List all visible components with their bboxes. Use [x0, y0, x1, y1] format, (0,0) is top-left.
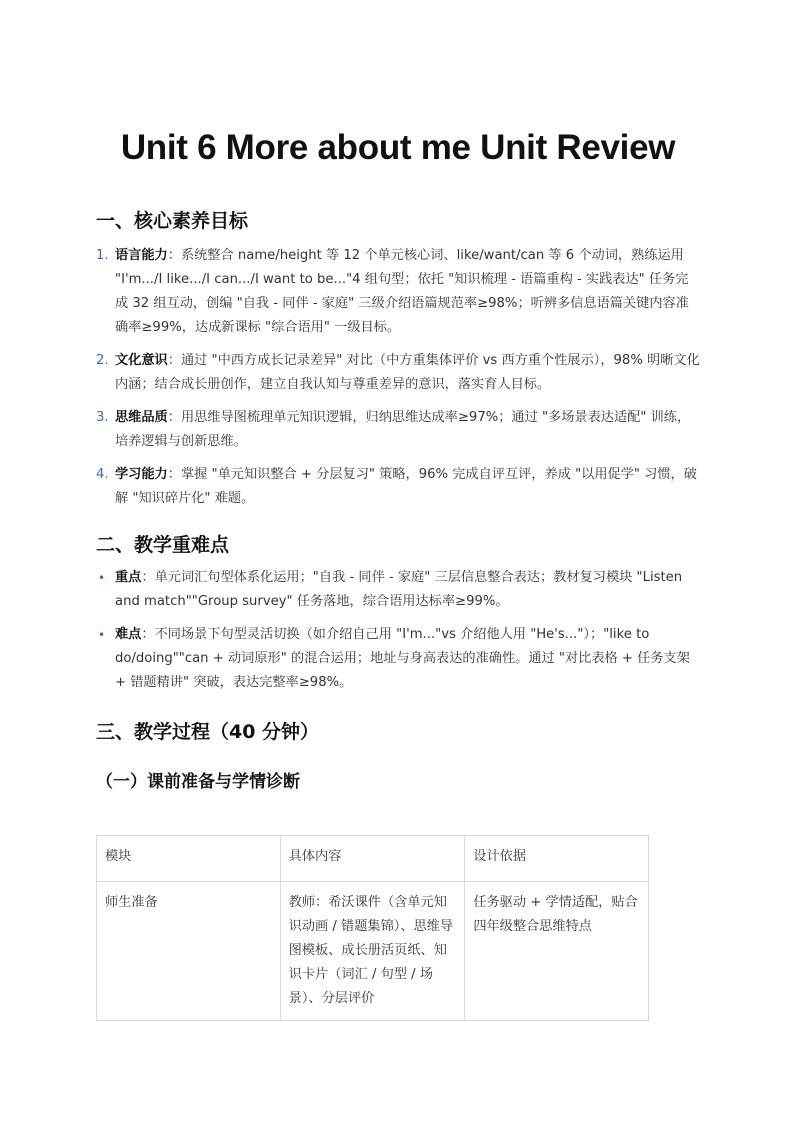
table-header-cell: 设计依据 [465, 836, 649, 882]
table-header-row: 模块 具体内容 设计依据 [97, 836, 649, 882]
item-label: 重点 [115, 570, 141, 585]
table-header-cell: 具体内容 [280, 836, 465, 882]
label-separator: ： [168, 467, 181, 482]
core-goals-list: 1. 语言能力：系统整合 name/height 等 12 个单元核心词、lik… [96, 244, 700, 520]
bullet-icon: • [98, 623, 105, 647]
subsection-heading-preparation: （一）课前准备与学情诊断 [96, 767, 300, 792]
item-text: 通过 "中西方成长记录差异" 对比（中方重集体评价 vs 西方重个性展示），98… [115, 353, 700, 392]
list-item: 3. 思维品质：用思维导图梳理单元知识逻辑，归纳思维达成率≥97%；通过 "多场… [96, 406, 700, 454]
preparation-table: 模块 具体内容 设计依据 师生准备 教师：希沃课件（含单元知识动画 / 错题集锦… [96, 835, 649, 1021]
item-label: 语言能力 [115, 248, 168, 263]
list-item: • 难点：不同场景下句型灵活切换（如介绍自己用 "I'm..."vs 介绍他人用… [96, 623, 700, 695]
label-separator: ： [141, 570, 154, 585]
document-title: Unit 6 More about me Unit Review [96, 128, 700, 168]
list-number: 1. [96, 244, 109, 268]
section-heading-core-goals: 一、核心素养目标 [96, 206, 248, 233]
list-number: 2. [96, 349, 109, 373]
item-text: 不同场景下句型灵活切换（如介绍自己用 "I'm..."vs 介绍他人用 "He'… [115, 627, 690, 690]
label-separator: ： [141, 627, 154, 642]
item-text: 单元词汇句型体系化运用；"自我 - 同伴 - 家庭" 三层信息整合表达；教材复习… [115, 570, 682, 609]
table-row: 师生准备 教师：希沃课件（含单元知识动画 / 错题集锦）、思维导图模板、成长册活… [97, 882, 649, 1021]
section-heading-key-points: 二、教学重难点 [96, 530, 229, 557]
item-label: 文化意识 [115, 353, 168, 368]
label-separator: ： [168, 248, 181, 263]
item-label: 难点 [115, 627, 141, 642]
list-number: 3. [96, 406, 109, 430]
list-item: 1. 语言能力：系统整合 name/height 等 12 个单元核心词、lik… [96, 244, 700, 340]
item-label: 思维品质 [115, 410, 168, 425]
item-label: 学习能力 [115, 467, 168, 482]
table-cell: 教师：希沃课件（含单元知识动画 / 错题集锦）、思维导图模板、成长册活页纸、知识… [280, 882, 465, 1021]
item-text: 掌握 "单元知识整合 + 分层复习" 策略，96% 完成自评互评，养成 "以用促… [115, 467, 697, 506]
bullet-icon: • [98, 566, 105, 590]
table-cell: 任务驱动 + 学情适配，贴合四年级整合思维特点 [465, 882, 649, 1021]
item-text: 系统整合 name/height 等 12 个单元核心词、like/want/c… [115, 248, 689, 335]
item-text: 用思维导图梳理单元知识逻辑，归纳思维达成率≥97%；通过 "多场景表达适配" 训… [115, 410, 690, 449]
label-separator: ： [168, 410, 181, 425]
label-separator: ： [168, 353, 181, 368]
list-item: 2. 文化意识：通过 "中西方成长记录差异" 对比（中方重集体评价 vs 西方重… [96, 349, 700, 397]
key-points-list: • 重点：单元词汇句型体系化运用；"自我 - 同伴 - 家庭" 三层信息整合表达… [96, 566, 700, 704]
list-item: 4. 学习能力：掌握 "单元知识整合 + 分层复习" 策略，96% 完成自评互评… [96, 463, 700, 511]
list-item: • 重点：单元词汇句型体系化运用；"自我 - 同伴 - 家庭" 三层信息整合表达… [96, 566, 700, 614]
table-cell: 师生准备 [97, 882, 281, 1021]
table-header-cell: 模块 [97, 836, 281, 882]
list-number: 4. [96, 463, 109, 487]
section-heading-teaching-process: 三、教学过程（40 分钟） [96, 717, 319, 744]
